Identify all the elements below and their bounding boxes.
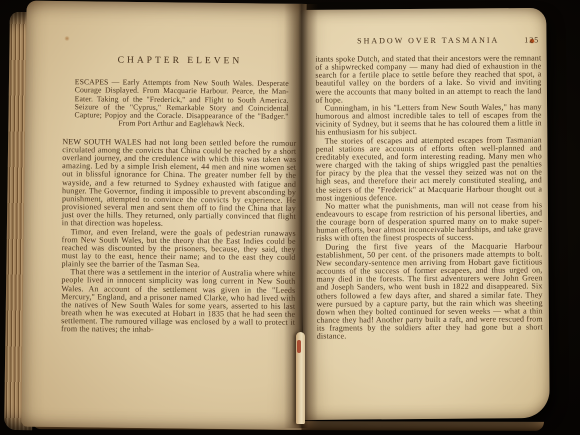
paragraph: No matter what the punishments, man will… [316,201,542,243]
running-header: SHADOW OVER TASMANIA [315,35,541,45]
page-number: 125 [524,35,539,44]
chapter-heading: CHAPTER ELEVEN [63,55,297,67]
paragraph: During the first five years of the Macqu… [316,242,543,341]
paragraph: The stories of escapes and attempted esc… [316,136,542,202]
running-header-row: SHADOW OVER TASMANIA 125 [315,35,541,46]
left-page-text: CHAPTER ELEVEN ESCAPES — Early Attempts … [61,55,297,335]
right-page-body: itants spoke Dutch, and stated that thei… [315,54,542,341]
paragraph: NEW SOUTH WALES had not long been settle… [62,138,297,229]
paragraph: That there was a settlement in the inter… [61,268,295,335]
ribbon-mark [297,340,301,353]
paragraph: Cunningham, in his "Letters from New Sou… [316,103,542,137]
paragraph: Timor, and even Ireland, were the goals … [61,228,295,270]
paragraph: itants spoke Dutch, and stated that thei… [315,54,541,104]
left-page-body: NEW SOUTH WALES had not long been settle… [61,138,296,335]
foxing-spot-brown [64,36,70,41]
book-photo: CHAPTER ELEVEN ESCAPES — Early Attempts … [0,0,580,435]
chapter-synopsis: ESCAPES — Early Attempts from New South … [74,78,288,129]
right-page-text: SHADOW OVER TASMANIA 125 itants spoke Du… [315,35,543,341]
